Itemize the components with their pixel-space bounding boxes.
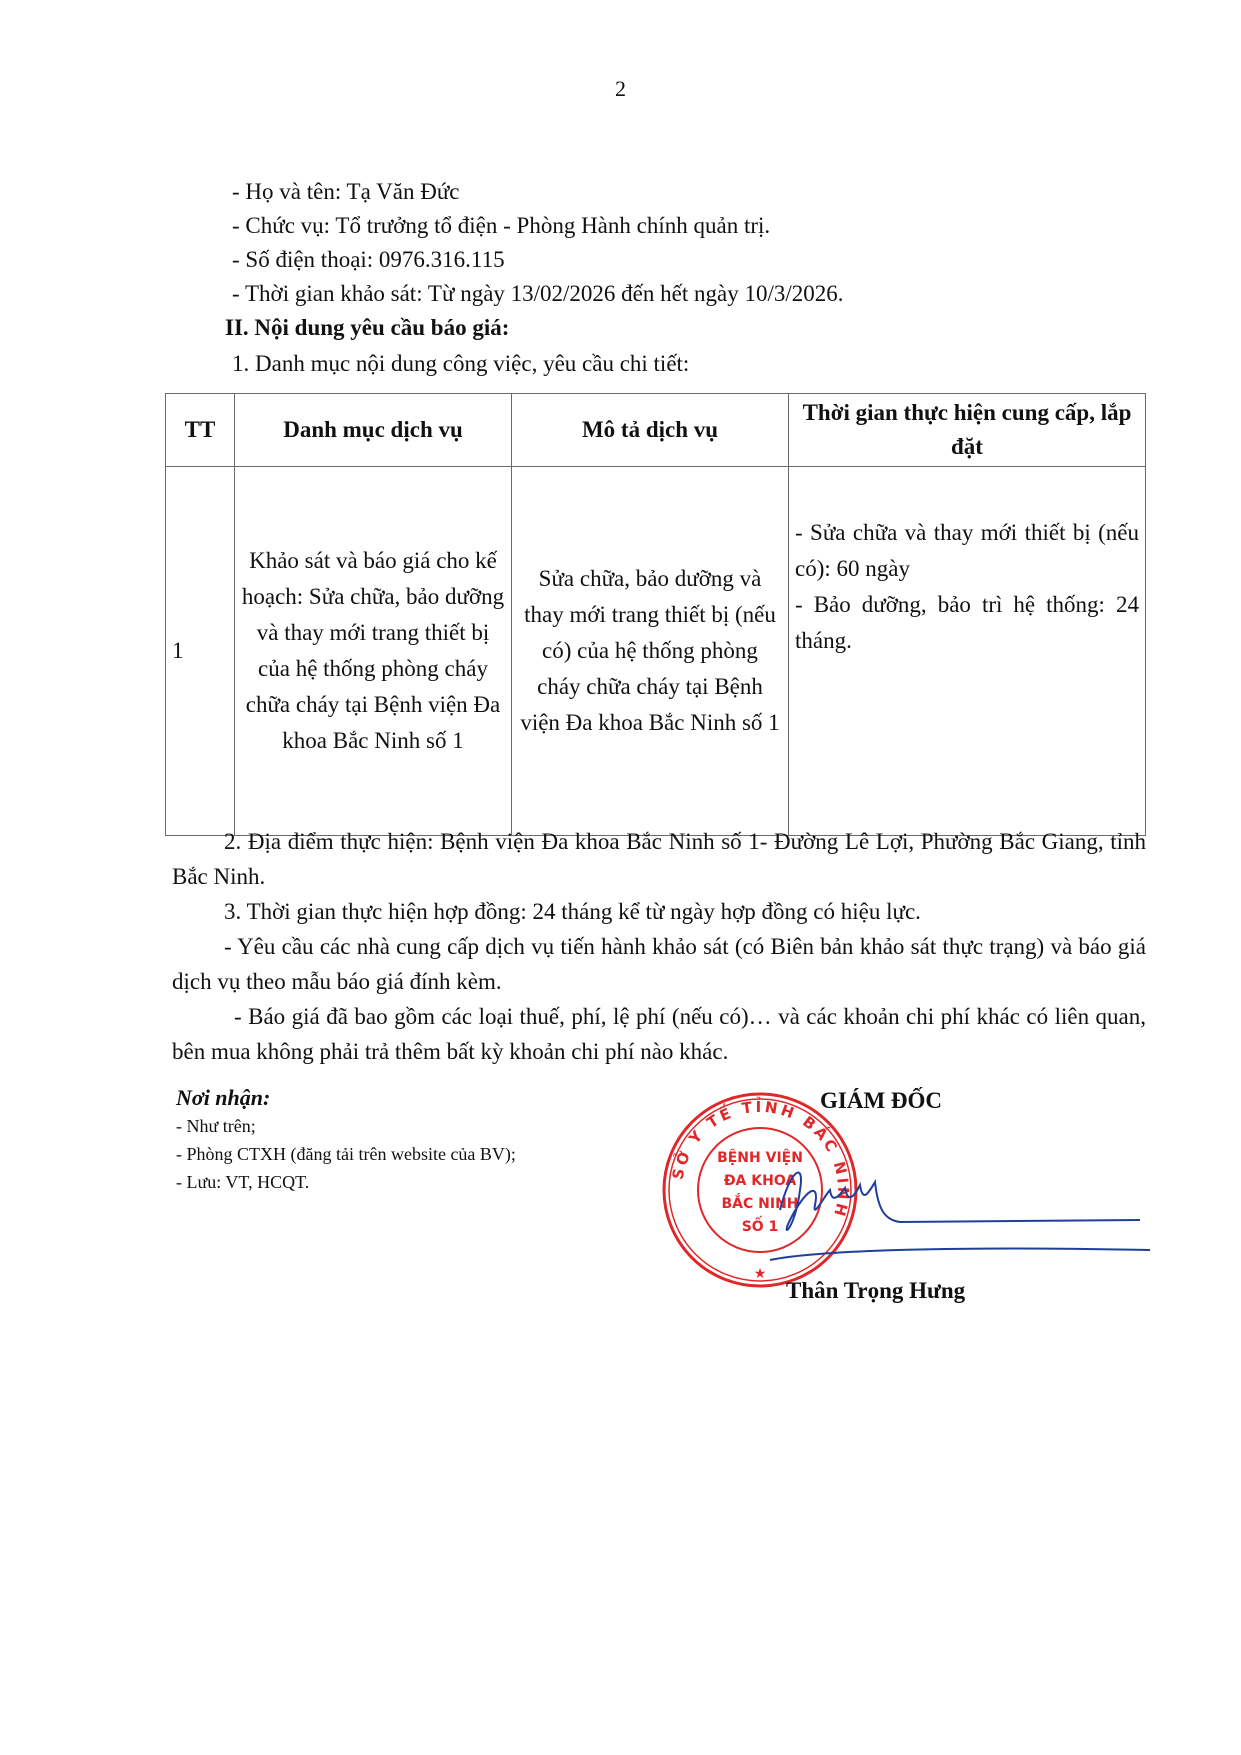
section-heading: II. Nội dung yêu cầu báo giá: (225, 314, 509, 342)
time-item: - Bảo dưỡng, bảo trì hệ thống: 24 tháng. (795, 587, 1139, 659)
recipient-item: - Phòng CTXH (đăng tải trên website của … (176, 1142, 516, 1166)
paragraph-price-note: - Báo giá đã bao gồm các loại thuế, phí,… (172, 999, 1146, 1069)
header-time: Thời gian thực hiện cung cấp, lắp đặt (789, 394, 1146, 467)
cell-category: Khảo sát và báo giá cho kế hoạch: Sửa ch… (235, 467, 512, 836)
cell-description: Sửa chữa, bảo dưỡng và thay mới trang th… (512, 467, 789, 836)
contact-position: - Chức vụ: Tổ trưởng tổ điện - Phòng Hàn… (232, 212, 770, 240)
contact-name: - Họ và tên: Tạ Văn Đức (232, 178, 460, 206)
table-row: 1 Khảo sát và báo giá cho kế hoạch: Sửa … (166, 467, 1146, 836)
signer-name: Thân Trọng Hưng (786, 1278, 965, 1304)
paragraph-contract-time: 3. Thời gian thực hiện hợp đồng: 24 thán… (172, 894, 1146, 929)
recipient-item: - Lưu: VT, HCQT. (176, 1170, 309, 1194)
table-header-row: TT Danh mục dịch vụ Mô tả dịch vụ Thời g… (166, 394, 1146, 467)
signature-title: GIÁM ĐỐC (820, 1088, 942, 1114)
paragraph-location: 2. Địa điểm thực hiện: Bệnh viện Đa khoa… (172, 824, 1146, 894)
recipients-title: Nơi nhận: (176, 1085, 270, 1111)
contact-phone: - Số điện thoại: 0976.316.115 (232, 246, 505, 274)
cell-tt: 1 (166, 467, 235, 836)
cell-time: - Sửa chữa và thay mới thiết bị (nếu có)… (789, 467, 1146, 836)
paragraph-requirement: - Yêu cầu các nhà cung cấp dịch vụ tiến … (172, 929, 1146, 999)
subsection-heading: 1. Danh mục nội dung công việc, yêu cầu … (232, 350, 689, 378)
contact-survey-time: - Thời gian khảo sát: Từ ngày 13/02/2026… (232, 280, 843, 308)
recipient-item: - Như trên; (176, 1114, 256, 1138)
header-category: Danh mục dịch vụ (235, 394, 512, 467)
header-description: Mô tả dịch vụ (512, 394, 789, 467)
time-item: - Sửa chữa và thay mới thiết bị (nếu có)… (795, 515, 1139, 587)
page-number: 2 (0, 76, 1241, 102)
signature-icon (760, 1150, 1160, 1270)
service-table: TT Danh mục dịch vụ Mô tả dịch vụ Thời g… (165, 393, 1146, 836)
header-tt: TT (166, 394, 235, 467)
